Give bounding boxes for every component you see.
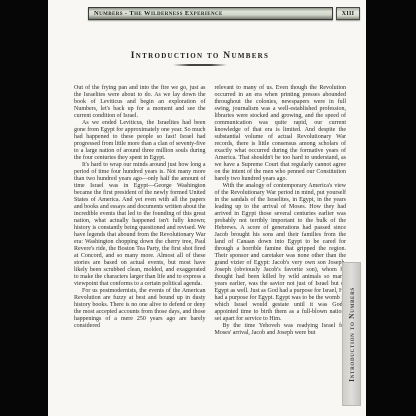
book-page: Numbers - The Wilderness Experience XIII… bbox=[48, 0, 366, 416]
title-block: Introduction to Numbers bbox=[48, 51, 352, 66]
side-tab-label: Introduction to Numbers bbox=[347, 287, 356, 382]
title-underline-divider bbox=[173, 64, 227, 66]
paragraph: relevant to many of us. Even though the … bbox=[215, 85, 347, 183]
header-title: Numbers - The Wilderness Experience bbox=[94, 10, 223, 17]
paragraph: By the time Yehoveh was readying Israel … bbox=[215, 323, 347, 337]
right-column: relevant to many of us. Even though the … bbox=[215, 85, 347, 407]
chapter-side-tab: Introduction to Numbers bbox=[342, 262, 361, 406]
screenshot-root: Numbers - The Wilderness Experience XIII… bbox=[0, 0, 416, 416]
paragraph: It's hard to wrap our minds around just … bbox=[74, 162, 206, 288]
page-number: XIII bbox=[342, 11, 355, 17]
paragraph: For us postmodernists, the events of the… bbox=[74, 288, 206, 330]
body-columns: Out of the frying pan and into the fire … bbox=[74, 85, 346, 407]
page-header: Numbers - The Wilderness Experience XIII bbox=[88, 7, 360, 20]
paragraph: As we ended Leviticus, the Israelites ha… bbox=[74, 120, 206, 162]
left-column: Out of the frying pan and into the fire … bbox=[74, 85, 206, 407]
paragraph: Out of the frying pan and into the fire … bbox=[74, 85, 206, 120]
page-title: Introduction to Numbers bbox=[48, 51, 352, 61]
page-number-box: XIII bbox=[336, 7, 360, 20]
header-bar: Numbers - The Wilderness Experience bbox=[88, 7, 333, 20]
paragraph: With the analogy of contemporary America… bbox=[215, 183, 347, 323]
